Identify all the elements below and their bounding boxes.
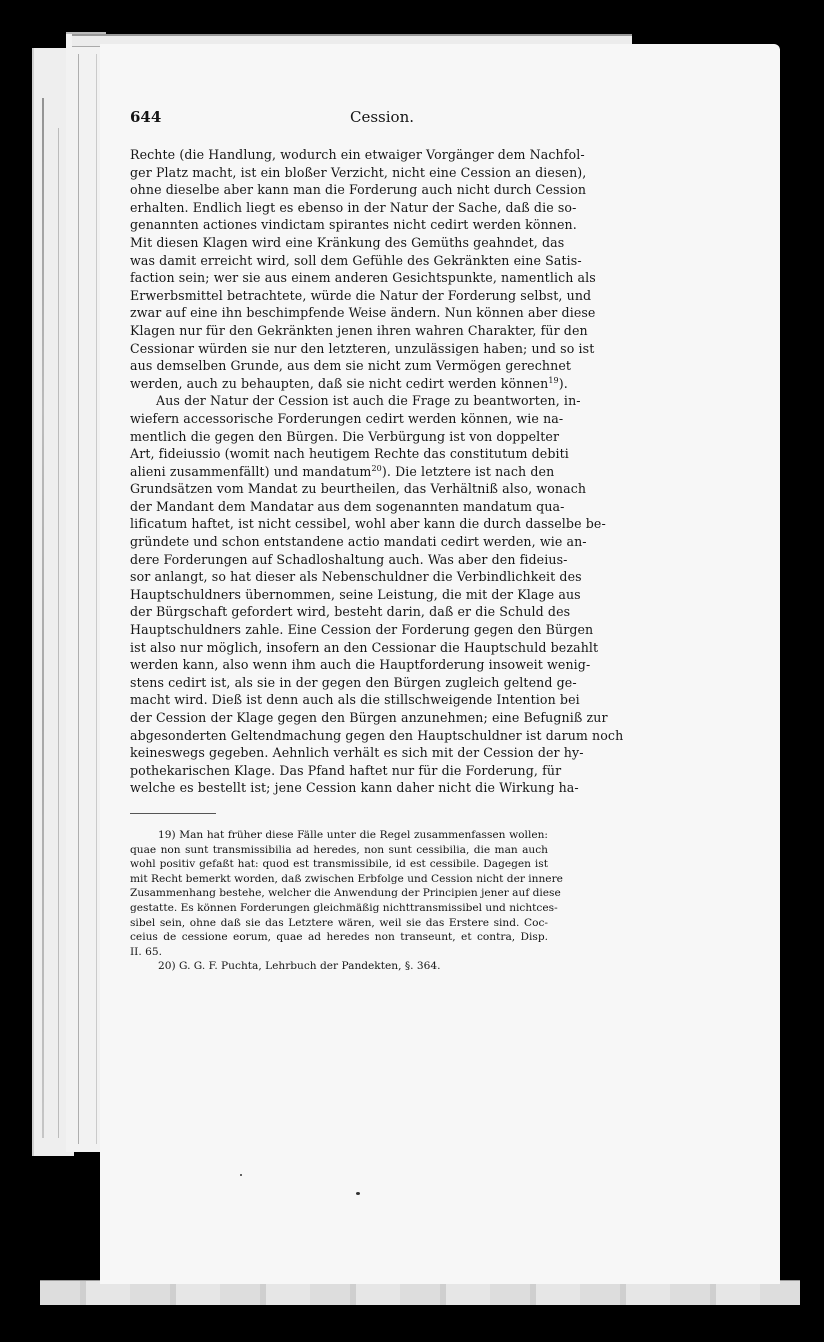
body-line-text: Klagen nur für den Gekränkten jenen ihre… xyxy=(130,323,588,338)
body-line-text: pothekarischen Klage. Das Pfand haftet n… xyxy=(130,763,561,778)
body-line-text: erhalten. Endlich liegt es ebenso in der… xyxy=(130,200,576,215)
ink-speck xyxy=(356,1192,360,1195)
body-line: zwar auf eine ihn beschimpfende Weise än… xyxy=(130,304,548,322)
footnote-line-text: 20) G. G. F. Puchta, Lehrbuch der Pandek… xyxy=(158,960,440,972)
body-line: mentlich die gegen den Bürgen. Die Verbü… xyxy=(130,428,548,446)
footnote-line: 19) Man hat früher diese Fälle unter die… xyxy=(130,828,548,843)
body-line: Erwerbsmittel betrachtete, würde die Nat… xyxy=(130,287,548,305)
body-line-text: der Cession der Klage gegen den Bürgen a… xyxy=(130,710,608,725)
body-line-text: Art, fideiussio (womit nach heutigem Rec… xyxy=(130,446,569,461)
ink-speck xyxy=(240,1174,242,1176)
body-line: werden, auch zu behaupten, daß sie nicht… xyxy=(130,375,548,393)
body-line-text: abgesonderten Geltendmachung gegen den H… xyxy=(130,728,623,743)
body-line-text: Rechte (die Handlung, wodurch ein etwaig… xyxy=(130,147,585,162)
footnote-line: Zusammenhang bestehe, welcher die Anwend… xyxy=(130,886,548,901)
body-line-text: ist also nur möglich, insofern an den Ce… xyxy=(130,640,598,655)
body-line-text: werden, auch zu behaupten, daß sie nicht… xyxy=(130,376,548,391)
body-line-text: Aus der Natur der Cession ist auch die F… xyxy=(156,393,581,408)
body-line: der Mandant dem Mandatar aus dem sogenan… xyxy=(130,498,548,516)
footnote-line: quae non sunt transmissibilia ad heredes… xyxy=(130,843,548,858)
body-line: alieni zusammenfällt) und mandatum20). D… xyxy=(130,463,548,481)
body-line: keineswegs gegeben. Aehnlich verhält es … xyxy=(130,744,548,762)
footnote-line-text: II. 65. xyxy=(130,946,162,958)
body-line-text: der Mandant dem Mandatar aus dem sogenan… xyxy=(130,499,565,514)
body-line-text: faction sein; wer sie aus einem anderen … xyxy=(130,270,596,285)
body-line: Aus der Natur der Cession ist auch die F… xyxy=(130,392,548,410)
running-head: 644 Cession. xyxy=(130,108,548,132)
body-line-text: ger Platz macht, ist ein bloßer Verzicht… xyxy=(130,165,586,180)
footnote-line-text: mit Recht bemerkt worden, daß zwischen E… xyxy=(130,873,563,885)
body-line-text: ohne dieselbe aber kann man die Forderun… xyxy=(130,182,586,197)
body-line-text: gründete und schon entstandene actio man… xyxy=(130,534,587,549)
body-line-text: sor anlangt, so hat dieser als Nebenschu… xyxy=(130,569,582,584)
body-line-text: macht wird. Dieß ist denn auch als die s… xyxy=(130,692,580,707)
footnote-line-text: quae non sunt transmissibilia ad heredes… xyxy=(130,844,548,856)
body-line: abgesonderten Geltendmachung gegen den H… xyxy=(130,727,548,745)
footnote-line: II. 65. xyxy=(130,945,548,960)
page-content: 644 Cession. Rechte (die Handlung, wodur… xyxy=(130,108,548,974)
body-line: faction sein; wer sie aus einem anderen … xyxy=(130,269,548,287)
body-line-text: der Bürgschaft gefordert wird, besteht d… xyxy=(130,604,570,619)
body-line: lificatum haftet, ist nicht cessibel, wo… xyxy=(130,515,548,533)
body-line-text: dere Forderungen auf Schadloshaltung auc… xyxy=(130,552,568,567)
body-line-text: Cessionar würden sie nur den letzteren, … xyxy=(130,341,594,356)
body-line-text: alieni zusammenfällt) und mandatum xyxy=(130,464,371,479)
body-line: Mit diesen Klagen wird eine Kränkung des… xyxy=(130,234,548,252)
body-line-text: lificatum haftet, ist nicht cessibel, wo… xyxy=(130,516,606,531)
footnote-line: gestatte. Es können Forderungen gleichmä… xyxy=(130,901,548,916)
body-line: sor anlangt, so hat dieser als Nebenschu… xyxy=(130,568,548,586)
body-line: Hauptschuldners zahle. Eine Cession der … xyxy=(130,621,548,639)
body-line-text: was damit erreicht wird, soll dem Gefühl… xyxy=(130,253,582,268)
footnote-line-text: 19) Man hat früher diese Fälle unter die… xyxy=(158,829,548,841)
footnote-line: mit Recht bemerkt worden, daß zwischen E… xyxy=(130,872,548,887)
footnote-reference: 19 xyxy=(548,376,558,385)
footnote-line-text: sibel sein, ohne daß sie das Letztere wä… xyxy=(130,917,548,929)
body-line: Hauptschuldners übernommen, seine Leistu… xyxy=(130,586,548,604)
body-line-text: zwar auf eine ihn beschimpfende Weise än… xyxy=(130,305,596,320)
body-line: genannten actiones vindictam spirantes n… xyxy=(130,216,548,234)
body-line: was damit erreicht wird, soll dem Gefühl… xyxy=(130,252,548,270)
body-line-text: stens cedirt ist, als sie in der gegen d… xyxy=(130,675,577,690)
body-line-text-continued: ). Die letztere ist nach den xyxy=(382,464,554,479)
footnote-line-text: Zusammenhang bestehe, welcher die Anwend… xyxy=(130,887,561,899)
body-line-text: Mit diesen Klagen wird eine Kränkung des… xyxy=(130,235,564,250)
body-line: ger Platz macht, ist ein bloßer Verzicht… xyxy=(130,164,548,182)
body-line: Grundsätzen vom Mandat zu beurtheilen, d… xyxy=(130,480,548,498)
body-line: stens cedirt ist, als sie in der gegen d… xyxy=(130,674,548,692)
body-line-text: mentlich die gegen den Bürgen. Die Verbü… xyxy=(130,429,559,444)
body-line: wiefern accessorische Forderungen cedirt… xyxy=(130,410,548,428)
body-line-text: werden kann, also wenn ihm auch die Haup… xyxy=(130,657,590,672)
body-line: Art, fideiussio (womit nach heutigem Rec… xyxy=(130,445,548,463)
body-line: macht wird. Dieß ist denn auch als die s… xyxy=(130,691,548,709)
body-line-text-continued: ). xyxy=(559,376,568,391)
body-line: erhalten. Endlich liegt es ebenso in der… xyxy=(130,199,548,217)
body-line: gründete und schon entstandene actio man… xyxy=(130,533,548,551)
page-number: 644 xyxy=(130,108,161,126)
running-title: Cession. xyxy=(350,108,414,126)
body-line-text: genannten actiones vindictam spirantes n… xyxy=(130,217,577,232)
body-line: der Bürgschaft gefordert wird, besteht d… xyxy=(130,603,548,621)
body-line: ist also nur möglich, insofern an den Ce… xyxy=(130,639,548,657)
body-line-text: Grundsätzen vom Mandat zu beurtheilen, d… xyxy=(130,481,586,496)
body-line-text: aus demselben Grunde, aus dem sie nicht … xyxy=(130,358,571,373)
footnote-line: sibel sein, ohne daß sie das Letztere wä… xyxy=(130,916,548,931)
body-line: ohne dieselbe aber kann man die Forderun… xyxy=(130,181,548,199)
body-line-text: welche es bestellt ist; jene Cession kan… xyxy=(130,780,579,795)
body-line-text: wiefern accessorische Forderungen cedirt… xyxy=(130,411,563,426)
body-line: Cessionar würden sie nur den letzteren, … xyxy=(130,340,548,358)
body-line: Klagen nur für den Gekränkten jenen ihre… xyxy=(130,322,548,340)
body-line: welche es bestellt ist; jene Cession kan… xyxy=(130,779,548,797)
footnote-line-text: ceius de cessione eorum, quae ad heredes… xyxy=(130,931,548,943)
footnote-reference: 20 xyxy=(371,464,381,473)
body-line-text: Hauptschuldners zahle. Eine Cession der … xyxy=(130,622,593,637)
body-line: pothekarischen Klage. Das Pfand haftet n… xyxy=(130,762,548,780)
body-line: Rechte (die Handlung, wodurch ein etwaig… xyxy=(130,146,548,164)
footnotes: 19) Man hat früher diese Fälle unter die… xyxy=(130,828,548,974)
body-line-text: Erwerbsmittel betrachtete, würde die Nat… xyxy=(130,288,591,303)
footnote-line-text: gestatte. Es können Forderungen gleichmä… xyxy=(130,902,558,914)
body-text: Rechte (die Handlung, wodurch ein etwaig… xyxy=(130,146,548,797)
body-line-text: keineswegs gegeben. Aehnlich verhält es … xyxy=(130,745,584,760)
footnote-separator xyxy=(130,813,216,814)
footnote-line: ceius de cessione eorum, quae ad heredes… xyxy=(130,930,548,945)
footnote-line: wohl positiv gefaßt hat: quod est transm… xyxy=(130,857,548,872)
footnote-line: 20) G. G. F. Puchta, Lehrbuch der Pandek… xyxy=(130,959,548,974)
body-line: werden kann, also wenn ihm auch die Haup… xyxy=(130,656,548,674)
footnote-line-text: wohl positiv gefaßt hat: quod est transm… xyxy=(130,858,548,870)
body-line: der Cession der Klage gegen den Bürgen a… xyxy=(130,709,548,727)
body-line: aus demselben Grunde, aus dem sie nicht … xyxy=(130,357,548,375)
body-line: dere Forderungen auf Schadloshaltung auc… xyxy=(130,551,548,569)
body-line-text: Hauptschuldners übernommen, seine Leistu… xyxy=(130,587,581,602)
